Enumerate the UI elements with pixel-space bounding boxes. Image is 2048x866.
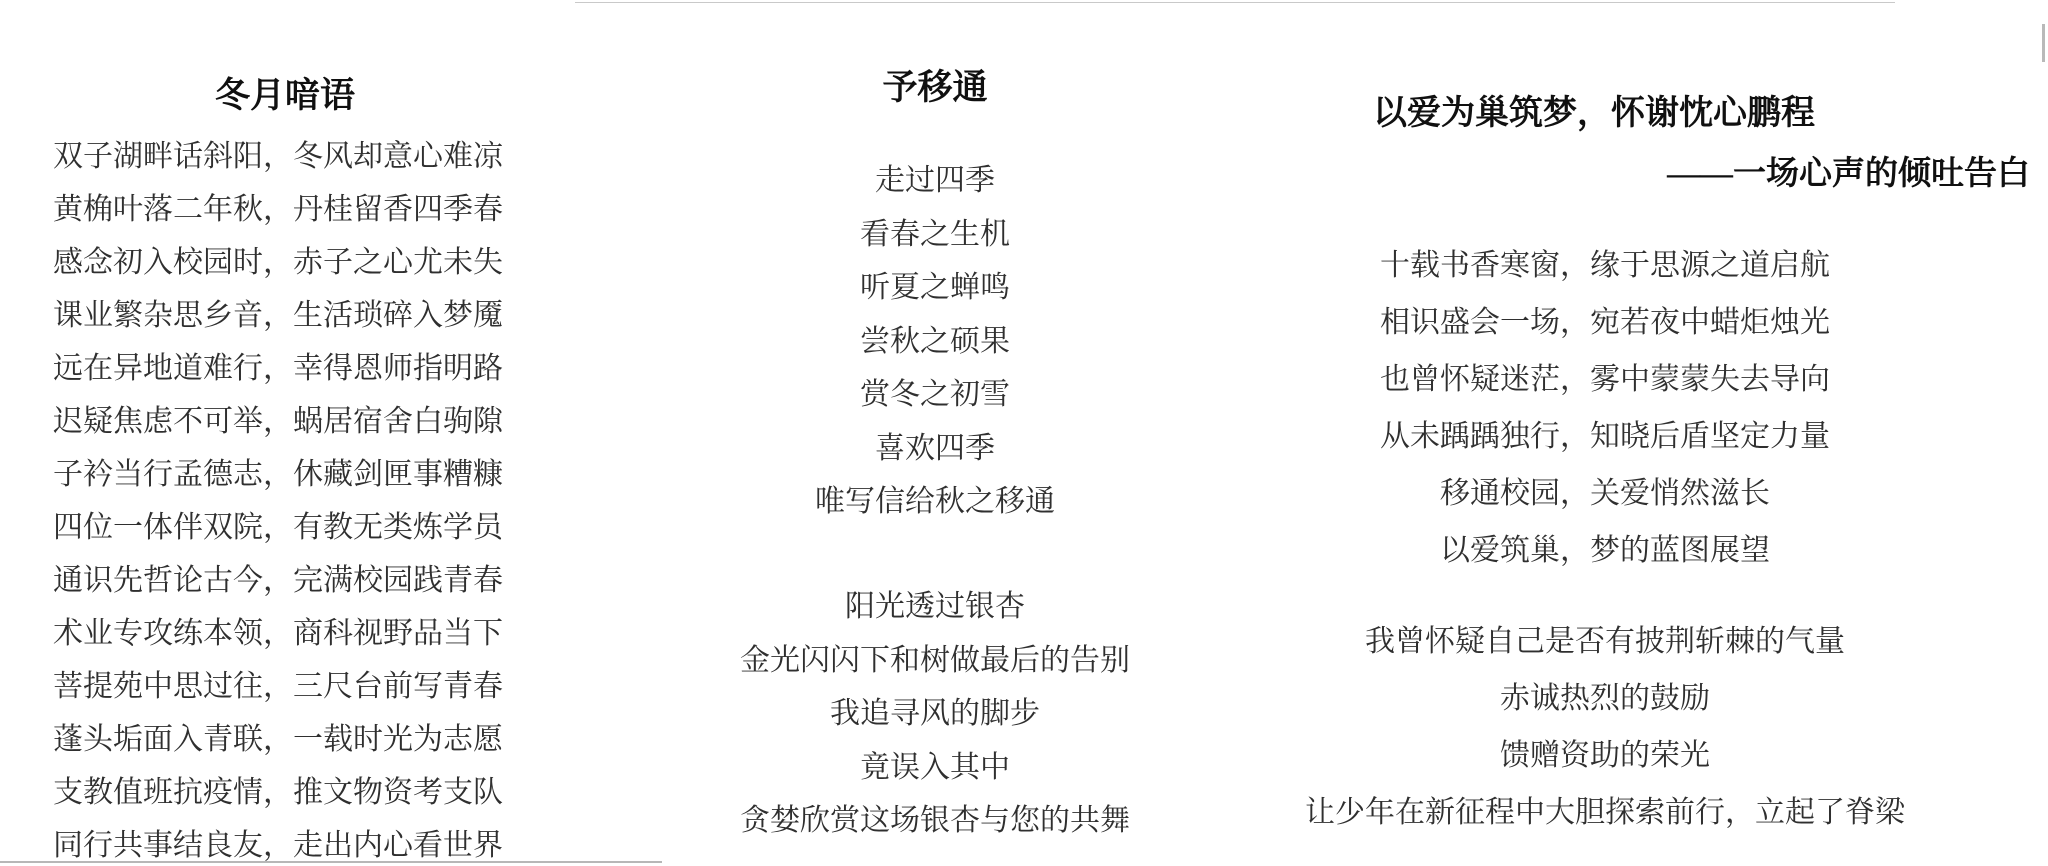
poem-line: 通识先哲论古今，完满校园践青春: [53, 554, 593, 607]
poem1-body: 双子湖畔话斜阳，冬风却意心难凉 黄桷叶落二年秋，丹桂留香四季春 感念初入校园时，…: [53, 130, 593, 866]
poem-line: 馈赠资助的荣光: [1280, 727, 1930, 784]
poem-line: 四位一体伴双院，有教无类炼学员: [53, 501, 593, 554]
poem-line: 让少年在新征程中大胆探索前行，立起了脊梁: [1280, 784, 1930, 841]
poem-line: 从未踽踽独行，知晓后盾坚定力量: [1280, 408, 1930, 465]
poem3-title: 以爱为巢筑梦，怀谢忱心鹏程: [1373, 85, 1815, 134]
scrollbar-thumb[interactable]: [2042, 24, 2045, 62]
poem-line: 双子湖畔话斜阳，冬风却意心难凉: [53, 130, 593, 183]
poem-line: 支教值班抗疫情，推文物资考支队: [53, 766, 593, 819]
poem3-subtitle: ——一场心声的倾吐告白: [1373, 147, 2030, 194]
poem1-title: 冬月喑语: [0, 68, 570, 118]
poem-line: 听夏之蝉鸣: [620, 261, 1250, 315]
poem-line: 走过四季: [620, 154, 1250, 208]
poem-line: 我曾怀疑自己是否有披荆斩棘的气量: [1280, 613, 1930, 670]
poem-line: 金光闪闪下和树做最后的告别: [620, 634, 1250, 688]
poem-line: 术业专攻练本领，商科视野品当下: [53, 607, 593, 660]
poem2-title: 予移通: [620, 60, 1250, 110]
poem-line: 也曾怀疑迷茫，雾中蒙蒙失去导向: [1280, 351, 1930, 408]
document-canvas: 冬月喑语 双子湖畔话斜阳，冬风却意心难凉 黄桷叶落二年秋，丹桂留香四季春 感念初…: [0, 0, 2048, 866]
poem-line: 喜欢四季: [620, 422, 1250, 476]
poem-line: 看春之生机: [620, 208, 1250, 262]
poem-line: 以爱筑巢，梦的蓝图展望: [1280, 522, 1930, 579]
poem3-stanza-2: 我曾怀疑自己是否有披荆斩棘的气量 赤诚热烈的鼓励 馈赠资助的荣光 让少年在新征程…: [1280, 613, 1930, 841]
poem-line: 蓬头垢面入青联，一载时光为志愿: [53, 713, 593, 766]
poem-line: 阳光透过银杏: [620, 580, 1250, 634]
poem-line: 移通校园，关爱悄然滋长: [1280, 465, 1930, 522]
poem-line: 赤诚热烈的鼓励: [1280, 670, 1930, 727]
poem-line: 菩提苑中思过往，三尺台前写青春: [53, 660, 593, 713]
poem-line: 迟疑焦虑不可举，蜗居宿舍白驹隙: [53, 395, 593, 448]
poem-line: 贪婪欣赏这场银杏与您的共舞: [620, 794, 1250, 848]
poem-line: 黄桷叶落二年秋，丹桂留香四季春: [53, 183, 593, 236]
poem-line: 课业繁杂思乡音，生活琐碎入梦魇: [53, 289, 593, 342]
poem-line: 我追寻风的脚步: [620, 687, 1250, 741]
poem-line: 尝秋之硕果: [620, 315, 1250, 369]
poem-line: 十载书香寒窗，缘于思源之道启航: [1280, 237, 1930, 294]
poem3-stanza-1: 十载书香寒窗，缘于思源之道启航 相识盛会一场，宛若夜中蜡炬烛光 也曾怀疑迷茫，雾…: [1280, 237, 1930, 579]
poem2-stanza-1: 走过四季 看春之生机 听夏之蝉鸣 尝秋之硕果 赏冬之初雪 喜欢四季 唯写信给秋之…: [620, 154, 1250, 529]
poem-line: 相识盛会一场，宛若夜中蜡炬烛光: [1280, 294, 1930, 351]
poem-line: 同行共事结良友，走出内心看世界: [53, 819, 593, 866]
poem-line: 唯写信给秋之移通: [620, 475, 1250, 529]
poem-line: 感念初入校园时，赤子之心尤未失: [53, 236, 593, 289]
poem-line: 竟误入其中: [620, 741, 1250, 795]
poem-line: 子衿当行孟德志，休藏剑匣事糟糠: [53, 448, 593, 501]
poem-line: 远在异地道难行，幸得恩师指明路: [53, 342, 593, 395]
poem-line: 赏冬之初雪: [620, 368, 1250, 422]
poem2-stanza-2: 阳光透过银杏 金光闪闪下和树做最后的告别 我追寻风的脚步 竟误入其中 贪婪欣赏这…: [620, 580, 1250, 848]
page-top-edge-line: [575, 2, 1895, 3]
